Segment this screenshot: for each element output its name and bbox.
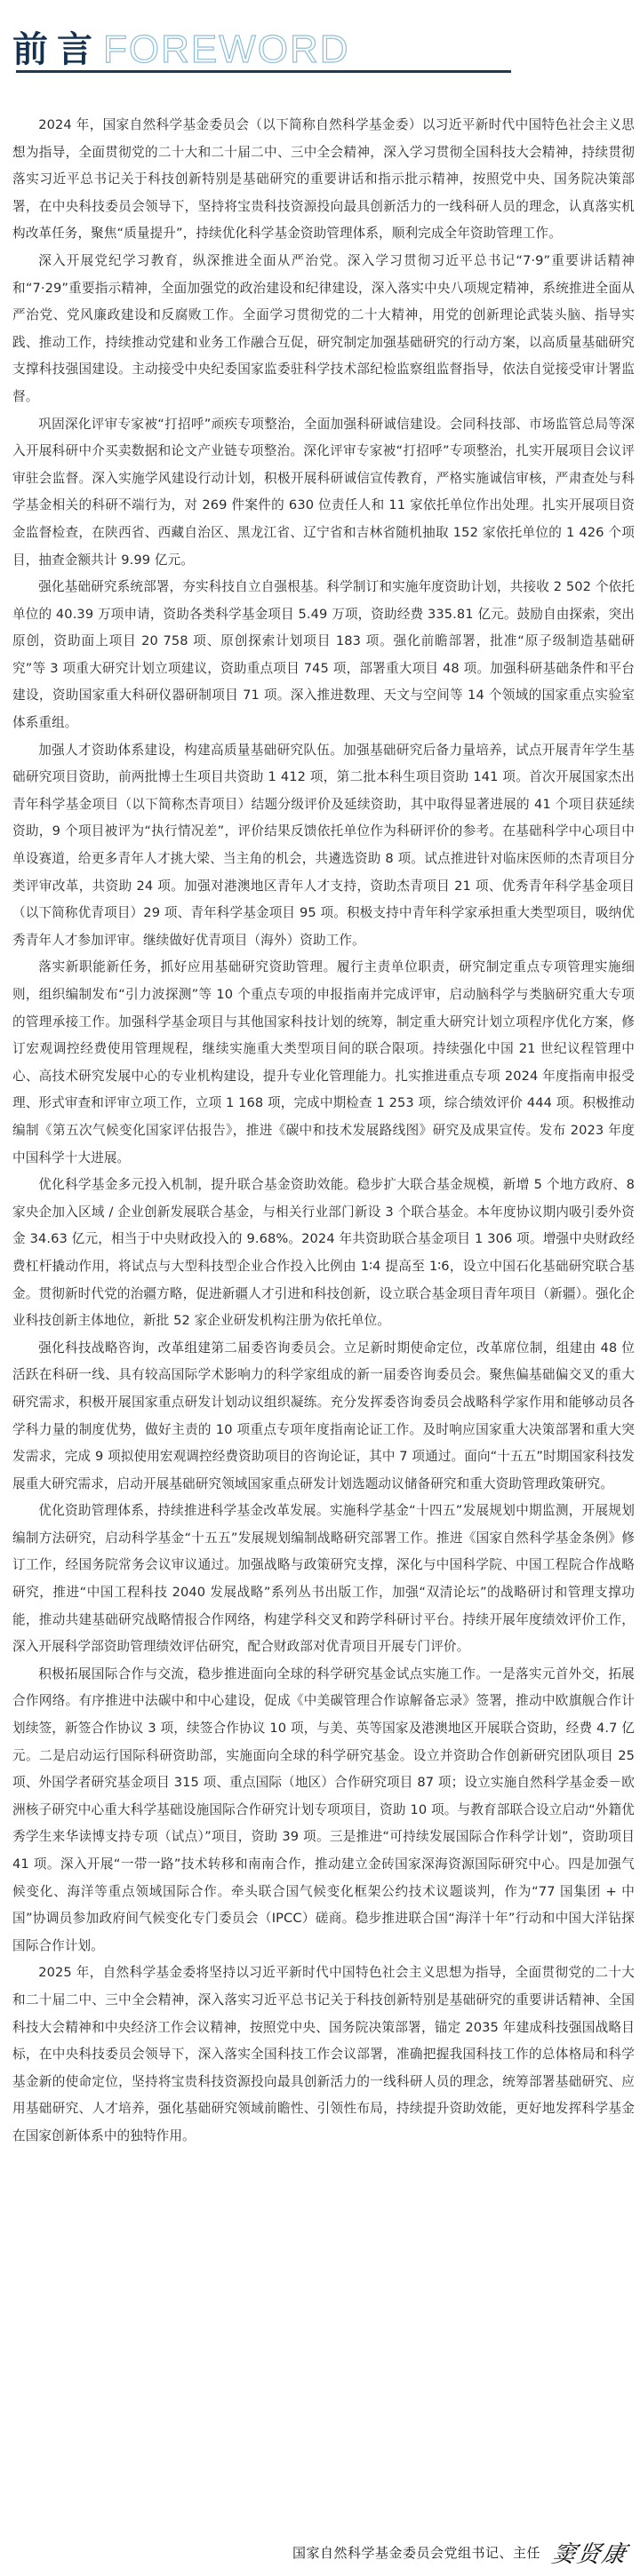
- paragraph-management-reform: 优化资助管理体系，持续推进科学基金改革发展。实施科学基金“十四五”发展规划中期监…: [12, 1498, 635, 1661]
- paragraph-research-integrity: 巩固深化评审专家被“打招呼”顽疾专项整治，全面加强科研诚信建设。会同科技部、市场…: [12, 411, 635, 575]
- paragraph-talent-funding: 加强人才资助体系建设，构建高质量基础研究队伍。加强基础研究后备力量培养，试点开展…: [12, 737, 635, 955]
- page-header: 前言 FOREWORD: [12, 27, 350, 73]
- paragraph-applied-research: 落实新职能新任务，抓好应用基础研究资助管理。履行主责单位职责，研究制定重点专项管…: [12, 954, 635, 1172]
- paragraph-outlook-2025: 2025 年，自然科学基金委将坚持以习近平新时代中国特色社会主义思想为指导，全面…: [12, 1960, 635, 2150]
- header-divider: [16, 70, 511, 73]
- signatory-title: 国家自然科学基金委员会党组书记、主任: [292, 2543, 540, 2562]
- foreword-body: 2024 年，国家自然科学基金委员会（以下简称自然科学基金委）以习近平新时代中国…: [12, 112, 635, 2151]
- handwritten-signature: 窦贤康: [549, 2536, 631, 2569]
- paragraph-basic-research: 强化基础研究系统部署，夯实科技自立自强根基。科学制订和实施年度资助计划，共接收 …: [12, 574, 635, 737]
- signature-block: 国家自然科学基金委员会党组书记、主任 窦贤康: [292, 2536, 628, 2569]
- paragraph-party-discipline: 深入开展党纪学习教育，纵深推进全面从严治党。深入学习贯彻习近平总书记“7·9”重…: [12, 248, 635, 411]
- title-chinese: 前言: [12, 27, 101, 73]
- title-english: FOREWORD: [103, 27, 350, 73]
- paragraph-joint-funds: 优化科学基金多元投入机制，提升联合基金资助效能。稳步扩大联合基金规模，新增 5 …: [12, 1172, 635, 1335]
- paragraph-intro: 2024 年，国家自然科学基金委员会（以下简称自然科学基金委）以习近平新时代中国…: [12, 112, 635, 248]
- paragraph-international-cooperation: 积极拓展国际合作与交流，稳步推进面向全球的科学研究基金试点实施工作。一是落实元首…: [12, 1661, 635, 1960]
- paragraph-strategic-consulting: 强化科技战略咨询，改革组建第二届委咨询委员会。立足新时期使命定位，改革席位制，组…: [12, 1335, 635, 1499]
